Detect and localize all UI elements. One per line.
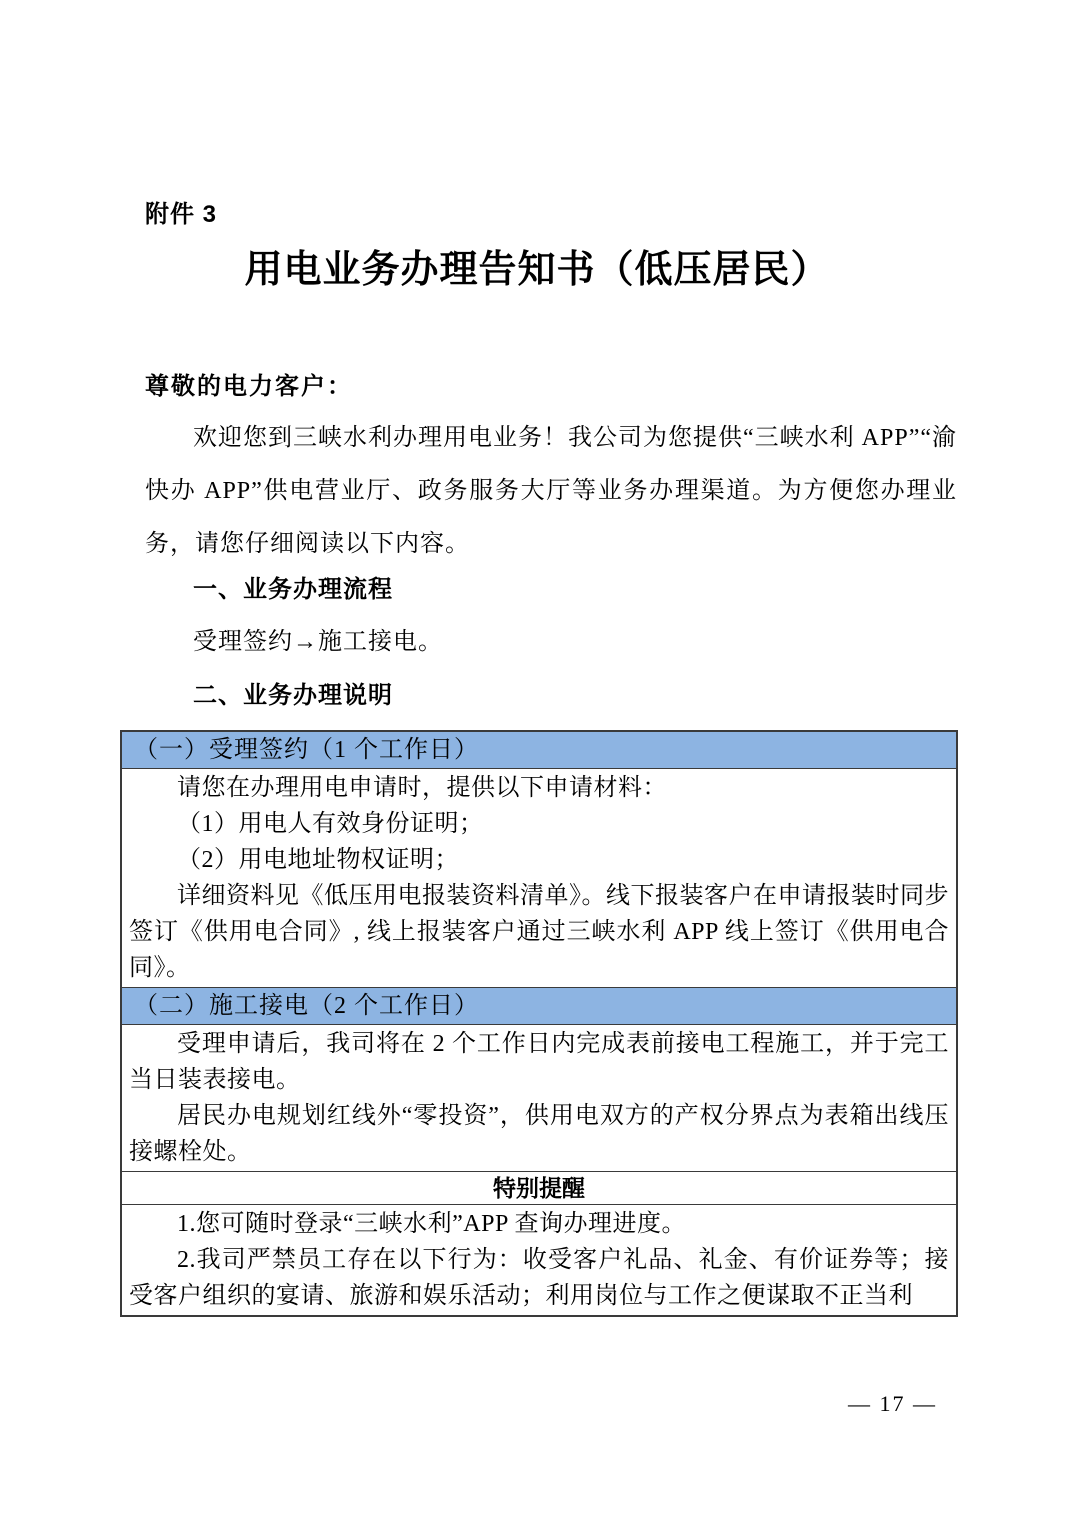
reminder-header: 特别提醒 bbox=[122, 1172, 956, 1205]
table-cell-construction: 受理申请后，我司将在 2 个工作日内完成表前接电工程施工，并于完工当日装表接电。… bbox=[122, 1025, 956, 1172]
table-paragraph: （1）用电人有效身份证明； bbox=[129, 806, 949, 842]
table-paragraph: 2.我司严禁员工存在以下行为：收受客户礼品、礼金、有价证券等；接受客户组织的宴请… bbox=[129, 1242, 949, 1314]
intro-paragraph: 欢迎您到三峡水利办理用电业务！我公司为您提供“三峡水利 APP”“渝快办 APP… bbox=[145, 412, 957, 571]
table-paragraph: 居民办电规划红线外“零投资”，供用电双方的产权分界点为表箱出线压接螺栓处。 bbox=[129, 1098, 949, 1170]
section-1-body: 受理签约→施工接电。 bbox=[145, 616, 957, 669]
page-number: — 17 — bbox=[848, 1391, 937, 1417]
table-paragraph: （2）用电地址物权证明； bbox=[129, 842, 949, 878]
table-header-acceptance: （一）受理签约（1 个工作日） bbox=[122, 732, 956, 769]
table-cell-reminder: 1.您可随时登录“三峡水利”APP 查询办理进度。2.我司严禁员工存在以下行为：… bbox=[122, 1205, 956, 1315]
info-table: （一）受理签约（1 个工作日） 请您在办理用电申请时，提供以下申请材料：（1）用… bbox=[120, 730, 958, 1317]
document-page: 附件 3 用电业务办理告知书（低压居民） 尊敬的电力客户： 欢迎您到三峡水利办理… bbox=[0, 0, 1074, 1520]
table-paragraph: 受理申请后，我司将在 2 个工作日内完成表前接电工程施工，并于完工当日装表接电。 bbox=[129, 1026, 949, 1098]
table-paragraph: 请您在办理用电申请时，提供以下申请材料： bbox=[129, 770, 949, 806]
table-cell-acceptance: 请您在办理用电申请时，提供以下申请材料：（1）用电人有效身份证明；（2）用电地址… bbox=[122, 769, 956, 988]
page-title: 用电业务办理告知书（低压居民） bbox=[0, 238, 1074, 293]
section-1-heading: 一、业务办理流程 bbox=[145, 563, 957, 616]
table-paragraph: 1.您可随时登录“三峡水利”APP 查询办理进度。 bbox=[129, 1206, 949, 1242]
attachment-label: 附件 3 bbox=[145, 194, 217, 229]
salutation: 尊敬的电力客户： bbox=[145, 366, 353, 401]
section-list: 一、业务办理流程 受理签约→施工接电。 二、业务办理说明 bbox=[145, 563, 957, 722]
table-header-construction: （二）施工接电（2 个工作日） bbox=[122, 988, 956, 1025]
section-2-heading: 二、业务办理说明 bbox=[145, 669, 957, 722]
table-paragraph: 详细资料见《低压用电报装资料清单》。线下报装客户在申请报装时同步签订《供用电合同… bbox=[129, 878, 949, 986]
